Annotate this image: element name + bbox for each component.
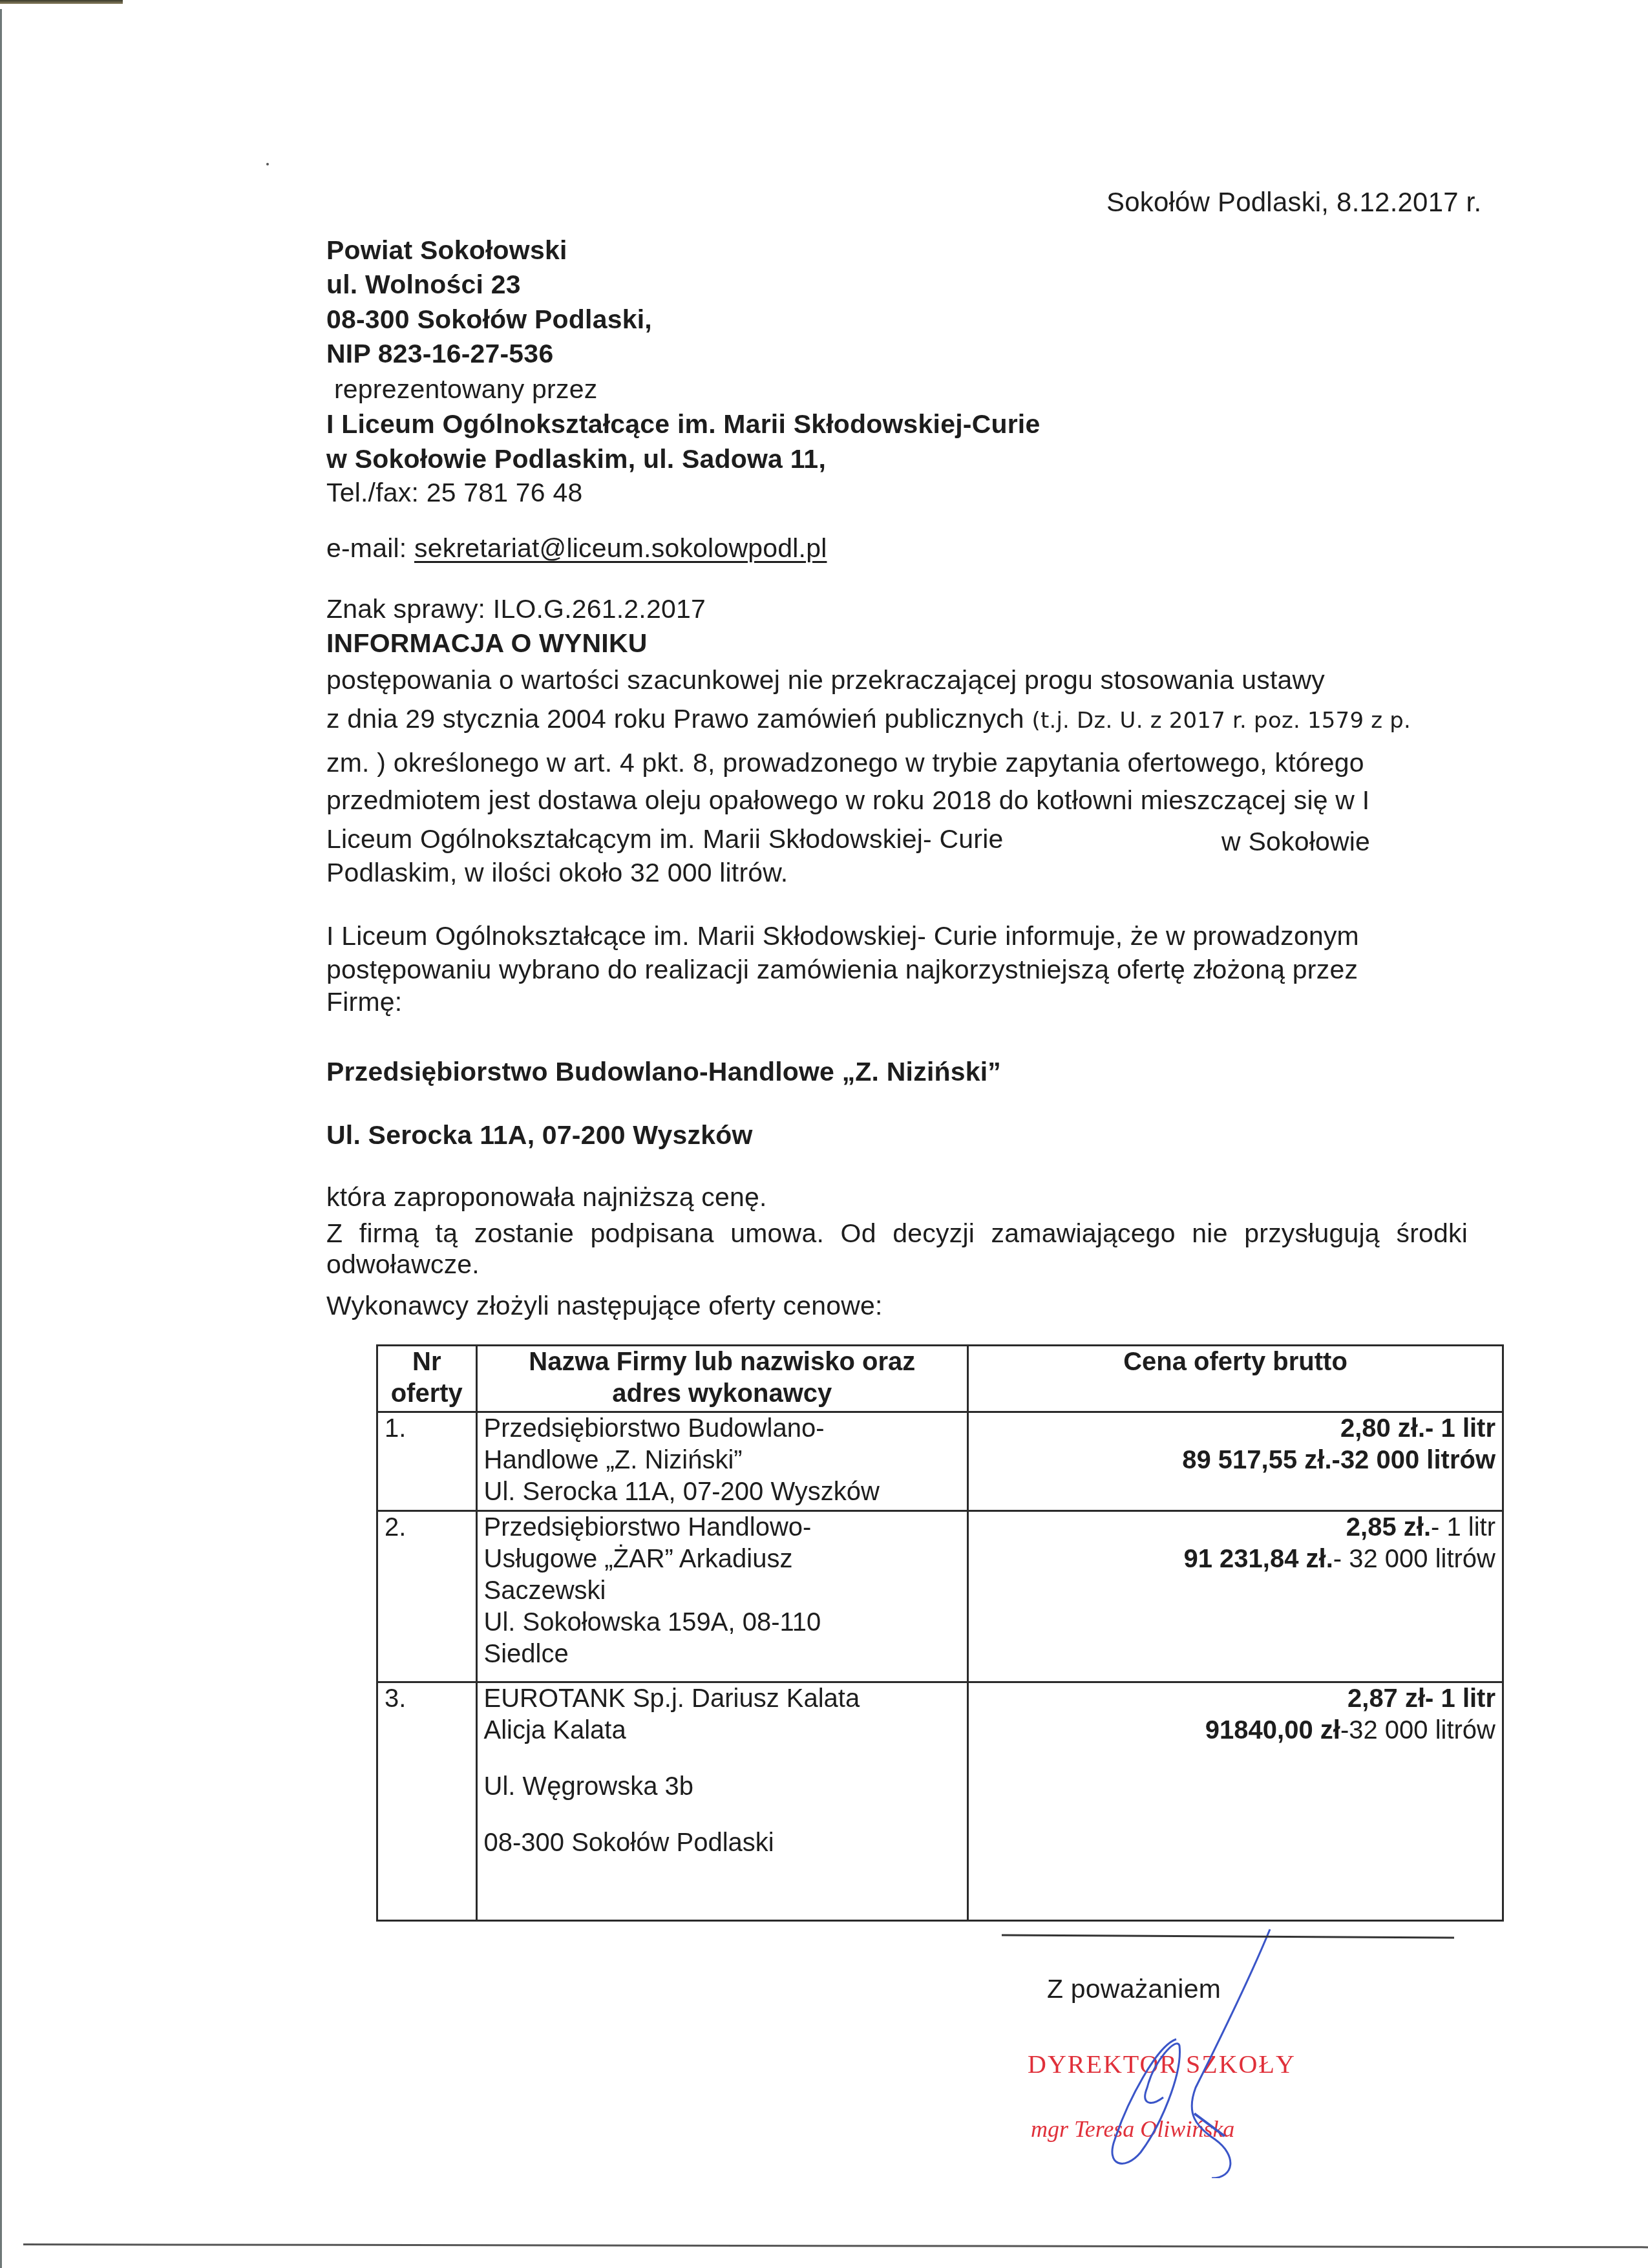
result-line-3: Firmę:	[326, 989, 402, 1015]
table-row: 3. EUROTANK Sp.j. Dariusz Kalata Alicja …	[377, 1682, 1503, 1921]
header-contractor: Nazwa Firmy lub nazwisko oraz adres wyko…	[476, 1346, 967, 1412]
case-reference: Znak sprawy: ILO.G.261.2.2017	[326, 596, 706, 622]
school-address: w Sokołowie Podlaskim, ul. Sadowa 11,	[326, 446, 826, 472]
price-total: 91840,00 zł-32 000 litrów	[975, 1715, 1495, 1746]
price-total: 89 517,55 zł.-32 000 litrów	[975, 1445, 1495, 1476]
price-per-litre: 2,80 zł.- 1 litr	[975, 1413, 1495, 1445]
price-cell: 2,80 zł.- 1 litr 89 517,55 zł.-32 000 li…	[967, 1412, 1503, 1511]
header-gross-price: Cena oferty brutto	[967, 1346, 1503, 1412]
offer-number: 3.	[377, 1682, 477, 1921]
intro-line-2-citation: (t.j. Dz. U. z 2017 r. poz. 1579 z p.	[1031, 708, 1411, 734]
result-line-2: postępowaniu wybrano do realizacji zamów…	[326, 957, 1358, 983]
price-per-litre: 2,85 zł.- 1 litr	[975, 1512, 1495, 1543]
intro-line-2: z dnia 29 stycznia 2004 roku Prawo zamów…	[326, 706, 1411, 732]
scan-speck	[266, 163, 269, 165]
offers-table: Nr oferty Nazwa Firmy lub nazwisko oraz …	[376, 1344, 1504, 1922]
sender-line-1: Powiat Sokołowski	[326, 237, 567, 264]
document-heading: INFORMACJA O WYNIKU	[326, 630, 648, 657]
table-header-row: Nr oferty Nazwa Firmy lub nazwisko oraz …	[377, 1346, 1503, 1412]
scan-edge-top	[0, 0, 123, 4]
offer-number: 1.	[377, 1412, 477, 1511]
intro-line-3: zm. ) określonego w art. 4 pkt. 8, prowa…	[326, 750, 1364, 776]
place-date: Sokołów Podlaski, 8.12.2017 r.	[1106, 189, 1481, 216]
sender-nip: NIP 823-16-27-536	[326, 341, 553, 367]
header-offer-number: Nr oferty	[377, 1346, 477, 1412]
intro-line-4: przedmiotem jest dostawa oleju opałowego…	[326, 787, 1369, 814]
email-link[interactable]: sekretariat@liceum.sokolowpodl.pl	[414, 533, 827, 563]
email-row: e-mail: sekretariat@liceum.sokolowpodl.p…	[326, 535, 827, 562]
table-row: 2. Przedsiębiorstwo Handlowo- Usługowe „…	[377, 1511, 1503, 1682]
contractor-cell: Przedsiębiorstwo Budowlano- Handlowe „Z.…	[476, 1412, 967, 1511]
price-per-litre: 2,87 zł- 1 litr	[975, 1683, 1495, 1715]
after-line-4: Wykonawcy złożyli następujące oferty cen…	[326, 1293, 883, 1319]
after-line-1: która zaproponowała najniższą cenę.	[326, 1184, 767, 1211]
result-line-1: I Liceum Ogólnokształcące im. Marii Skło…	[326, 923, 1359, 949]
intro-line-5: Liceum Ogólnokształcącym im. Marii Skłod…	[326, 826, 1004, 853]
price-cell: 2,87 zł- 1 litr 91840,00 zł-32 000 litró…	[967, 1682, 1503, 1921]
school-name: I Liceum Ogólnokształcące im. Marii Skło…	[326, 411, 1040, 438]
email-label: e-mail:	[326, 533, 414, 563]
after-line-2: Z firmą tą zostanie podpisana umowa. Od …	[326, 1220, 1468, 1247]
contractor-cell: Przedsiębiorstwo Handlowo- Usługowe „ŻAR…	[476, 1511, 967, 1682]
winner-name: Przedsiębiorstwo Budowlano-Handlowe „Z. …	[326, 1059, 1001, 1085]
intro-line-6: Podlaskim, w ilości około 32 000 litrów.	[326, 860, 788, 886]
phone-fax: Tel./fax: 25 781 76 48	[326, 480, 582, 506]
contractor-cell: EUROTANK Sp.j. Dariusz Kalata Alicja Kal…	[476, 1682, 967, 1921]
scan-edge-left	[0, 9, 2, 2268]
intro-line-2-text: z dnia 29 stycznia 2004 roku Prawo zamów…	[326, 704, 1031, 734]
price-cell: 2,85 zł.- 1 litr 91 231,84 zł.- 32 000 l…	[967, 1511, 1503, 1682]
table-row: 1. Przedsiębiorstwo Budowlano- Handlowe …	[377, 1412, 1503, 1511]
winner-address: Ul. Serocka 11A, 07-200 Wyszków	[326, 1122, 753, 1149]
handwritten-signature	[1002, 1907, 1454, 2178]
represented-by: reprezentowany przez	[334, 376, 597, 403]
price-total: 91 231,84 zł.- 32 000 litrów	[975, 1543, 1495, 1575]
after-line-3: odwoławcze.	[326, 1251, 480, 1278]
offer-number: 2.	[377, 1511, 477, 1682]
intro-line-5b: w Sokołowie	[1221, 829, 1370, 855]
sender-line-3: 08-300 Sokołów Podlaski,	[326, 306, 652, 333]
scan-edge-bottom	[23, 2243, 1648, 2248]
intro-line-1: postępowania o wartości szacunkowej nie …	[326, 667, 1325, 694]
sender-line-2: ul. Wolności 23	[326, 271, 521, 298]
